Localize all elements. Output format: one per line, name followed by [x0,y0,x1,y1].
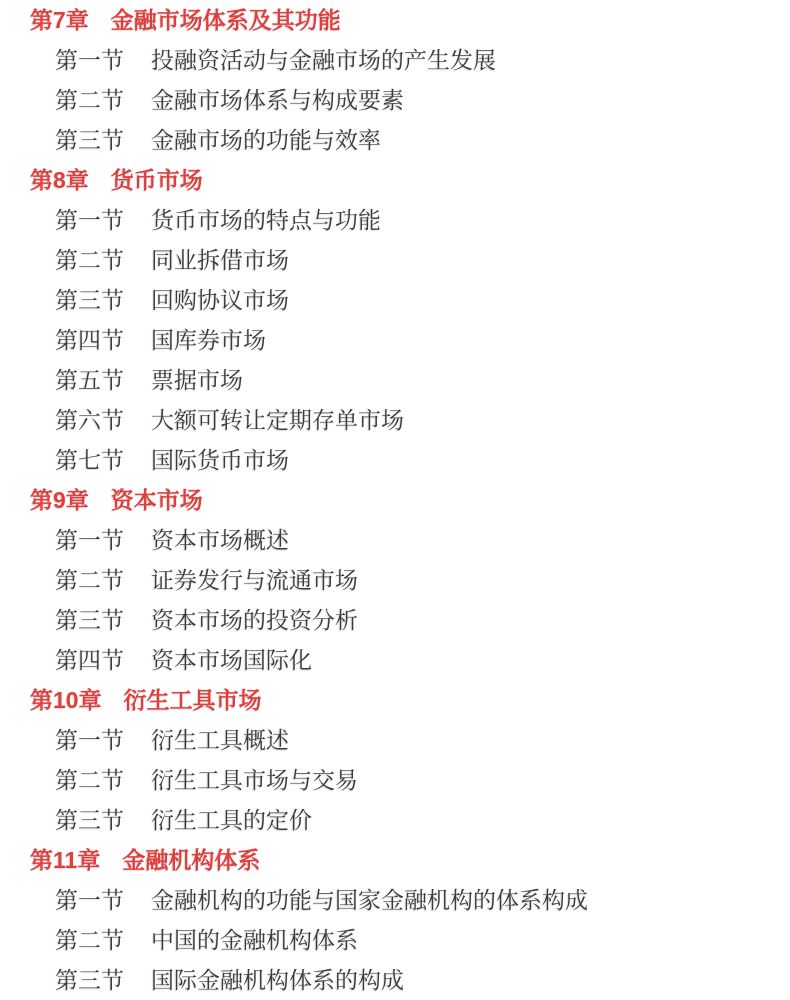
section-item: 第五节票据市场 [0,360,790,400]
section-item: 第二节证券发行与流通市场 [0,560,790,600]
section-item: 第六节大额可转让定期存单市场 [0,400,790,440]
section-item: 第三节资本市场的投资分析 [0,600,790,640]
section-title: 票据市场 [151,360,243,400]
chapter-heading: 第9章资本市场 [0,480,790,520]
section-number: 第三节 [55,800,124,840]
section-title: 中国的金融机构体系 [151,920,358,960]
section-number: 第二节 [55,560,124,600]
section-title: 资本市场国际化 [151,640,312,680]
section-title: 投融资活动与金融市场的产生发展 [151,40,496,80]
section-number: 第一节 [55,40,124,80]
section-number: 第二节 [55,240,124,280]
section-number: 第一节 [55,720,124,760]
chapter-heading: 第10章衍生工具市场 [0,680,790,720]
section-item: 第四节国库券市场 [0,320,790,360]
section-number: 第三节 [55,280,124,320]
section-item: 第一节资本市场概述 [0,520,790,560]
chapter-number: 第8章 [30,160,89,200]
chapter-title: 金融机构体系 [122,840,260,880]
chapter-title: 资本市场 [111,480,203,520]
section-item: 第三节金融市场的功能与效率 [0,120,790,160]
section-number: 第七节 [55,440,124,480]
section-item: 第七节国际货币市场 [0,440,790,480]
section-number: 第二节 [55,80,124,120]
section-title: 衍生工具的定价 [151,800,312,840]
chapter-title: 金融市场体系及其功能 [111,0,341,40]
section-number: 第一节 [55,200,124,240]
section-item: 第二节同业拆借市场 [0,240,790,280]
section-item: 第三节回购协议市场 [0,280,790,320]
chapter-heading: 第8章货币市场 [0,160,790,200]
section-number: 第四节 [55,320,124,360]
section-title: 货币市场的特点与功能 [151,200,381,240]
section-title: 资本市场概述 [151,520,289,560]
chapter-number: 第11章 [30,840,100,880]
chapter-title: 衍生工具市场 [124,680,262,720]
section-item: 第一节货币市场的特点与功能 [0,200,790,240]
section-title: 同业拆借市场 [151,240,289,280]
section-item: 第二节中国的金融机构体系 [0,920,790,960]
section-item: 第三节国际金融机构体系的构成 [0,960,790,1000]
section-item: 第一节衍生工具概述 [0,720,790,760]
chapter-title: 货币市场 [111,160,203,200]
section-number: 第三节 [55,960,124,1000]
section-title: 大额可转让定期存单市场 [151,400,404,440]
section-number: 第四节 [55,640,124,680]
section-title: 金融市场的功能与效率 [151,120,381,160]
section-title: 国际货币市场 [151,440,289,480]
chapter-heading: 第11章金融机构体系 [0,840,790,880]
section-number: 第二节 [55,920,124,960]
section-number: 第六节 [55,400,124,440]
section-number: 第三节 [55,600,124,640]
section-title: 金融市场体系与构成要素 [151,80,404,120]
section-number: 第二节 [55,760,124,800]
section-number: 第一节 [55,880,124,920]
section-title: 国库券市场 [151,320,266,360]
section-item: 第三节衍生工具的定价 [0,800,790,840]
section-item: 第二节金融市场体系与构成要素 [0,80,790,120]
section-title: 回购协议市场 [151,280,289,320]
chapter-number: 第7章 [30,0,89,40]
section-item: 第二节衍生工具市场与交易 [0,760,790,800]
section-number: 第一节 [55,520,124,560]
chapter-number: 第9章 [30,480,89,520]
section-item: 第四节资本市场国际化 [0,640,790,680]
chapter-heading: 第7章金融市场体系及其功能 [0,0,790,40]
section-number: 第五节 [55,360,124,400]
section-item: 第一节金融机构的功能与国家金融机构的体系构成 [0,880,790,920]
section-title: 衍生工具市场与交易 [151,760,358,800]
section-title: 金融机构的功能与国家金融机构的体系构成 [151,880,588,920]
section-title: 资本市场的投资分析 [151,600,358,640]
section-title: 国际金融机构体系的构成 [151,960,404,1000]
section-title: 证券发行与流通市场 [151,560,358,600]
section-number: 第三节 [55,120,124,160]
section-title: 衍生工具概述 [151,720,289,760]
section-item: 第一节投融资活动与金融市场的产生发展 [0,40,790,80]
table-of-contents: 第7章金融市场体系及其功能第一节投融资活动与金融市场的产生发展第二节金融市场体系… [0,0,790,1000]
chapter-number: 第10章 [30,680,102,720]
